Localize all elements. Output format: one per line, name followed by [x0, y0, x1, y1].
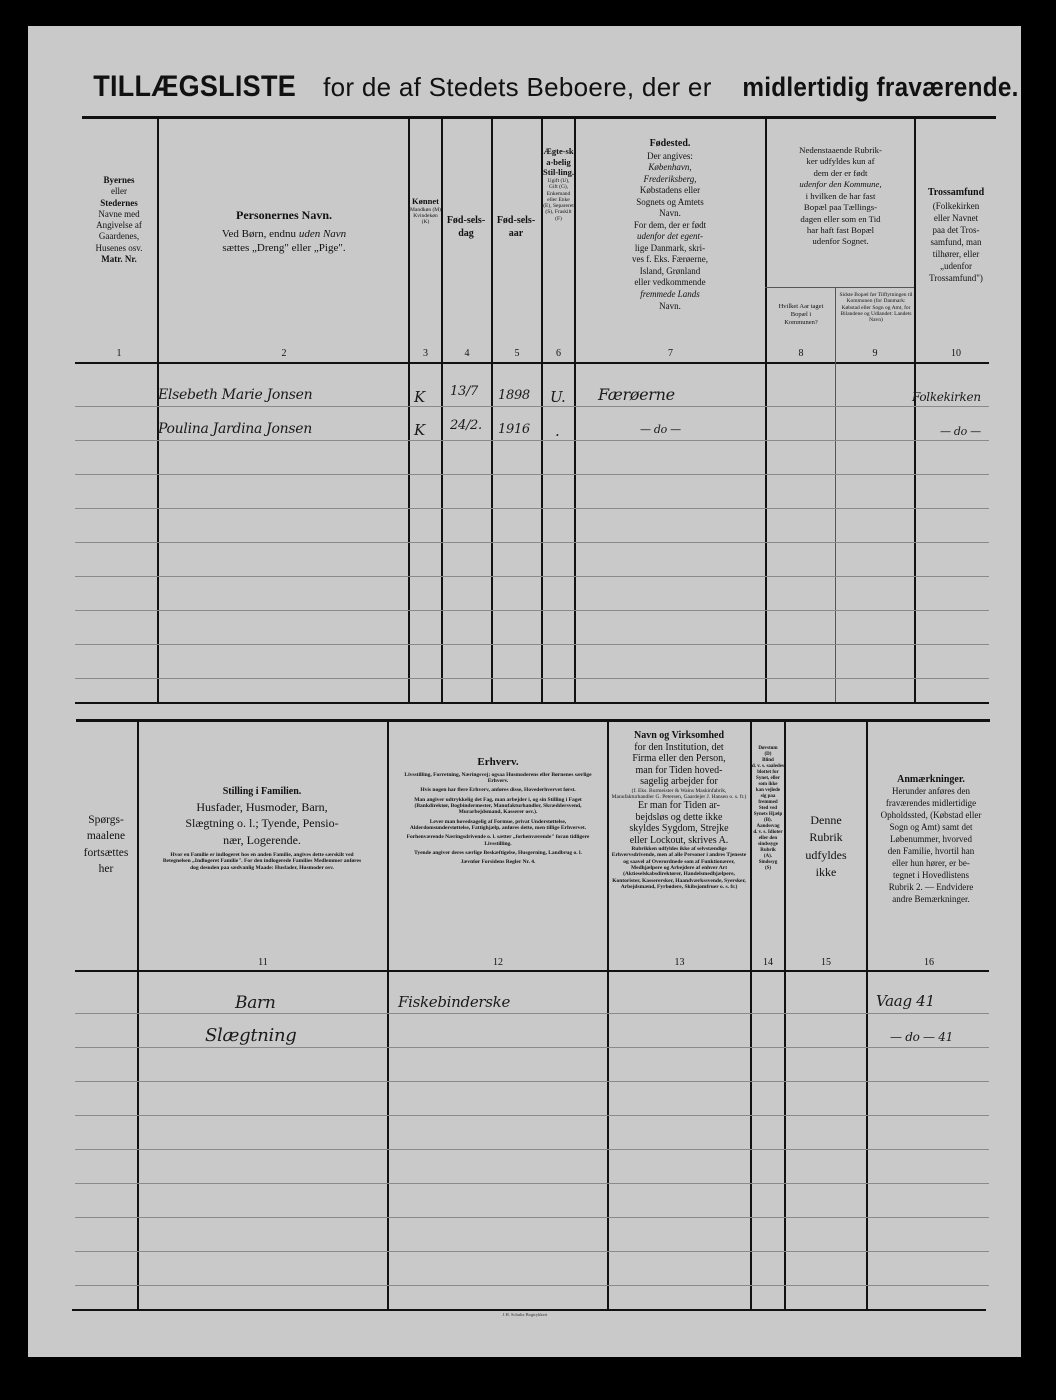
lower-bottom-rule	[72, 1309, 986, 1311]
printer-mark: J.H. Schultz Bogtrykkeri	[470, 1312, 580, 1317]
title-middle: for de af Stedets Beboere, der er	[323, 72, 712, 102]
title-bold-left: TILLÆGSLISTE	[93, 70, 296, 104]
col15-header: Denne Rubrik udfyldes ikke	[786, 812, 866, 882]
col2-number: 2	[160, 348, 408, 359]
col3-header: Kønnet Mandkøn (M) Kvindekøn (K)	[410, 196, 441, 226]
col11-header: Stilling i Familien. Husfader, Husmoder,…	[142, 786, 382, 871]
questions-continue-label: Spørgs- maalene fortsættes her	[76, 812, 136, 877]
col5-header: Fød-sels-aar	[496, 215, 536, 240]
col13-header: Navn og Virksomhed for den Institution, …	[611, 730, 747, 890]
lower-top-rule	[76, 719, 990, 722]
col12-header: Erhverv. Livsstilling, Forretning, Nærin…	[392, 756, 604, 866]
col14-header: Døvstum(D) Blindd. v. s. saaledes blotte…	[752, 746, 784, 872]
col10-header: Trossamfund (Folkekirken eller Navnet pa…	[916, 186, 996, 284]
col1-number: 1	[82, 348, 156, 359]
title-bold-right: midlertidig fraværende.	[743, 72, 1019, 103]
upper-top-rule	[82, 116, 996, 119]
col9-header: Sidste Bopæl før Tilflytningen til Kommu…	[838, 292, 914, 324]
upper-bottom-rule	[75, 702, 989, 704]
upper-header-rule	[75, 362, 989, 364]
col4-header: Fød-sels-dag	[446, 215, 486, 240]
col8-header: Hvilket Aar taget Bopæl i Kommunen?	[775, 303, 827, 326]
col2-header: Personernes Navn. Ved Børn, endnu uden N…	[160, 208, 408, 256]
col1-header: Byernes eller Stedernes Navne med Angive…	[82, 175, 156, 265]
page-title: TILLÆGSLISTE for de af Stedets Beboere, …	[82, 70, 1002, 104]
lower-header-rule	[75, 970, 989, 972]
col7-header: Fødested. Der angives: København, Freder…	[580, 138, 760, 312]
col6-header: Ægte-ska-belig Stil-ling. Ugift (U), Gif…	[543, 146, 574, 222]
col8-9-group-header: Nedenstaaende Rubrik- ker udfyldes kun a…	[768, 145, 913, 248]
col16-header: Anmærkninger. Herunder anføres den fravæ…	[870, 773, 992, 906]
